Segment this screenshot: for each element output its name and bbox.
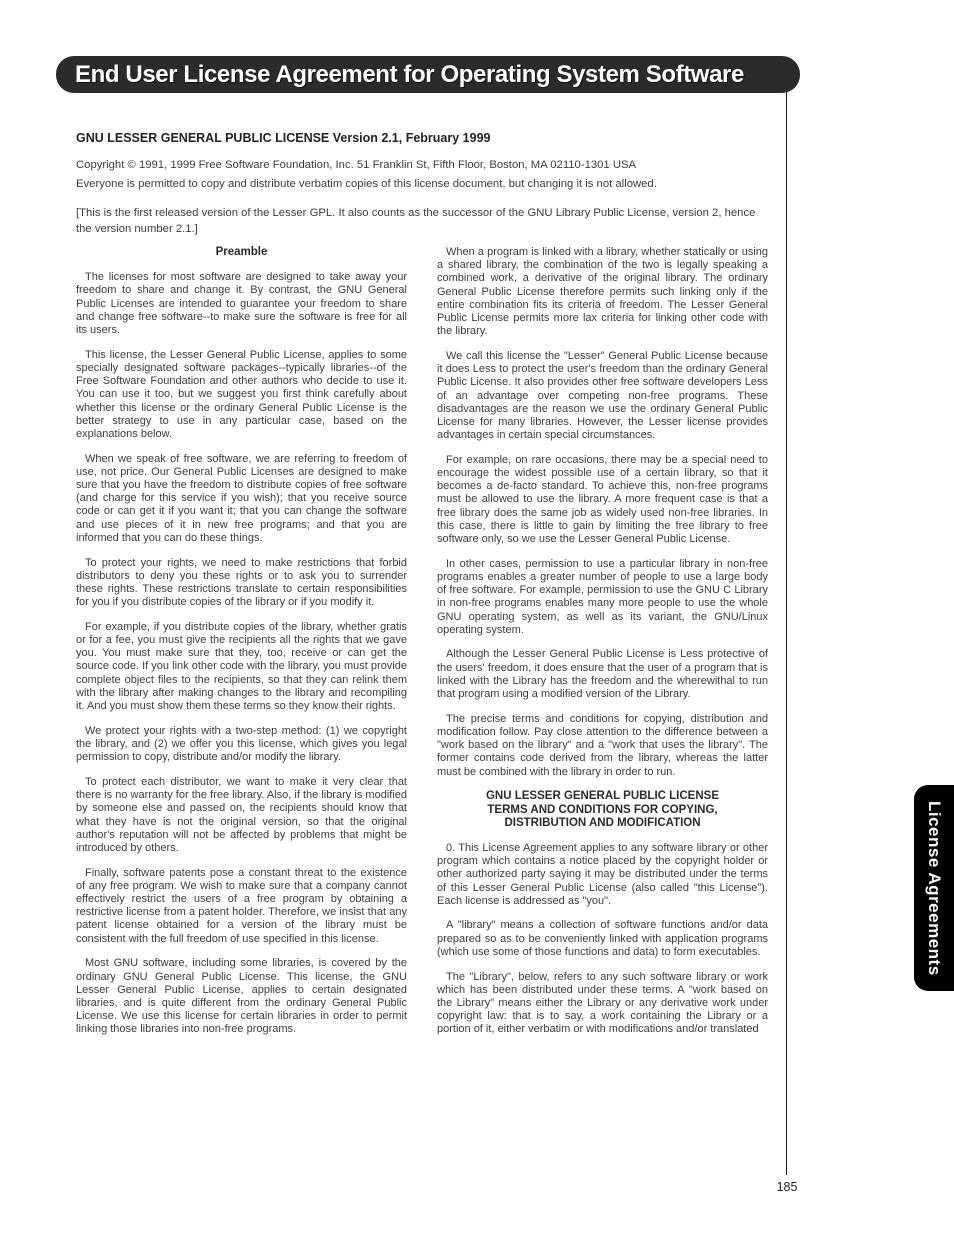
- version-note: [This is the first released version of t…: [76, 205, 768, 237]
- manual-page: End User License Agreement for Operating…: [0, 0, 954, 1235]
- margin-rule: [786, 91, 787, 1175]
- paragraph: The precise terms and conditions for cop…: [437, 713, 768, 779]
- paragraph: For example, on rare occasions, there ma…: [437, 454, 768, 546]
- left-column: Preamble The licenses for most software …: [76, 246, 407, 1048]
- preamble-heading: Preamble: [76, 246, 407, 259]
- chapter-tab-label: License Agreements: [924, 801, 944, 976]
- right-paragraphs-top: When a program is linked with a library,…: [437, 246, 768, 779]
- paragraph: Finally, software patents pose a constan…: [76, 867, 407, 946]
- page-number: 185: [768, 1180, 806, 1194]
- paragraph: To protect your rights, we need to make …: [76, 557, 407, 610]
- paragraph: When a program is linked with a library,…: [437, 246, 768, 338]
- paragraph: For example, if you distribute copies of…: [76, 621, 407, 713]
- paragraph: Although the Lesser General Public Licen…: [437, 648, 768, 701]
- license-title: GNU LESSER GENERAL PUBLIC LICENSE Versio…: [76, 131, 768, 145]
- paragraph: 0. This License Agreement applies to any…: [437, 842, 768, 908]
- page-title: End User License Agreement for Operating…: [75, 61, 744, 89]
- paragraph: The licenses for most software are desig…: [76, 271, 407, 337]
- page-header-banner: End User License Agreement for Operating…: [56, 56, 800, 93]
- paragraph: We call this license the "Lesser" Genera…: [437, 350, 768, 442]
- preamble-paragraphs: The licenses for most software are desig…: [76, 271, 407, 1036]
- permission-line: Everyone is permitted to copy and distri…: [76, 177, 768, 192]
- right-column: When a program is linked with a library,…: [437, 246, 768, 1048]
- paragraph: We protect your rights with a two-step m…: [76, 725, 407, 765]
- paragraph: To protect each distributor, we want to …: [76, 776, 407, 855]
- paragraph: The "Library", below, refers to any such…: [437, 971, 768, 1037]
- paragraph: In other cases, permission to use a part…: [437, 558, 768, 637]
- paragraph: Most GNU software, including some librar…: [76, 957, 407, 1036]
- paragraph: When we speak of free software, we are r…: [76, 453, 407, 545]
- copyright-line: Copyright © 1991, 1999 Free Software Fou…: [76, 158, 768, 173]
- chapter-tab-license-agreements: License Agreements: [914, 785, 954, 991]
- terms-heading-line: TERMS AND CONDITIONS FOR COPYING,: [437, 804, 768, 817]
- terms-heading-line: DISTRIBUTION AND MODIFICATION: [437, 817, 768, 830]
- paragraph: This license, the Lesser General Public …: [76, 349, 407, 441]
- terms-heading-line: GNU LESSER GENERAL PUBLIC LICENSE: [437, 790, 768, 803]
- license-intro: GNU LESSER GENERAL PUBLIC LICENSE Versio…: [76, 131, 768, 237]
- paragraph: A "library" means a collection of softwa…: [437, 919, 768, 959]
- right-paragraphs-bottom: 0. This License Agreement applies to any…: [437, 842, 768, 1037]
- terms-heading: GNU LESSER GENERAL PUBLIC LICENSETERMS A…: [437, 790, 768, 830]
